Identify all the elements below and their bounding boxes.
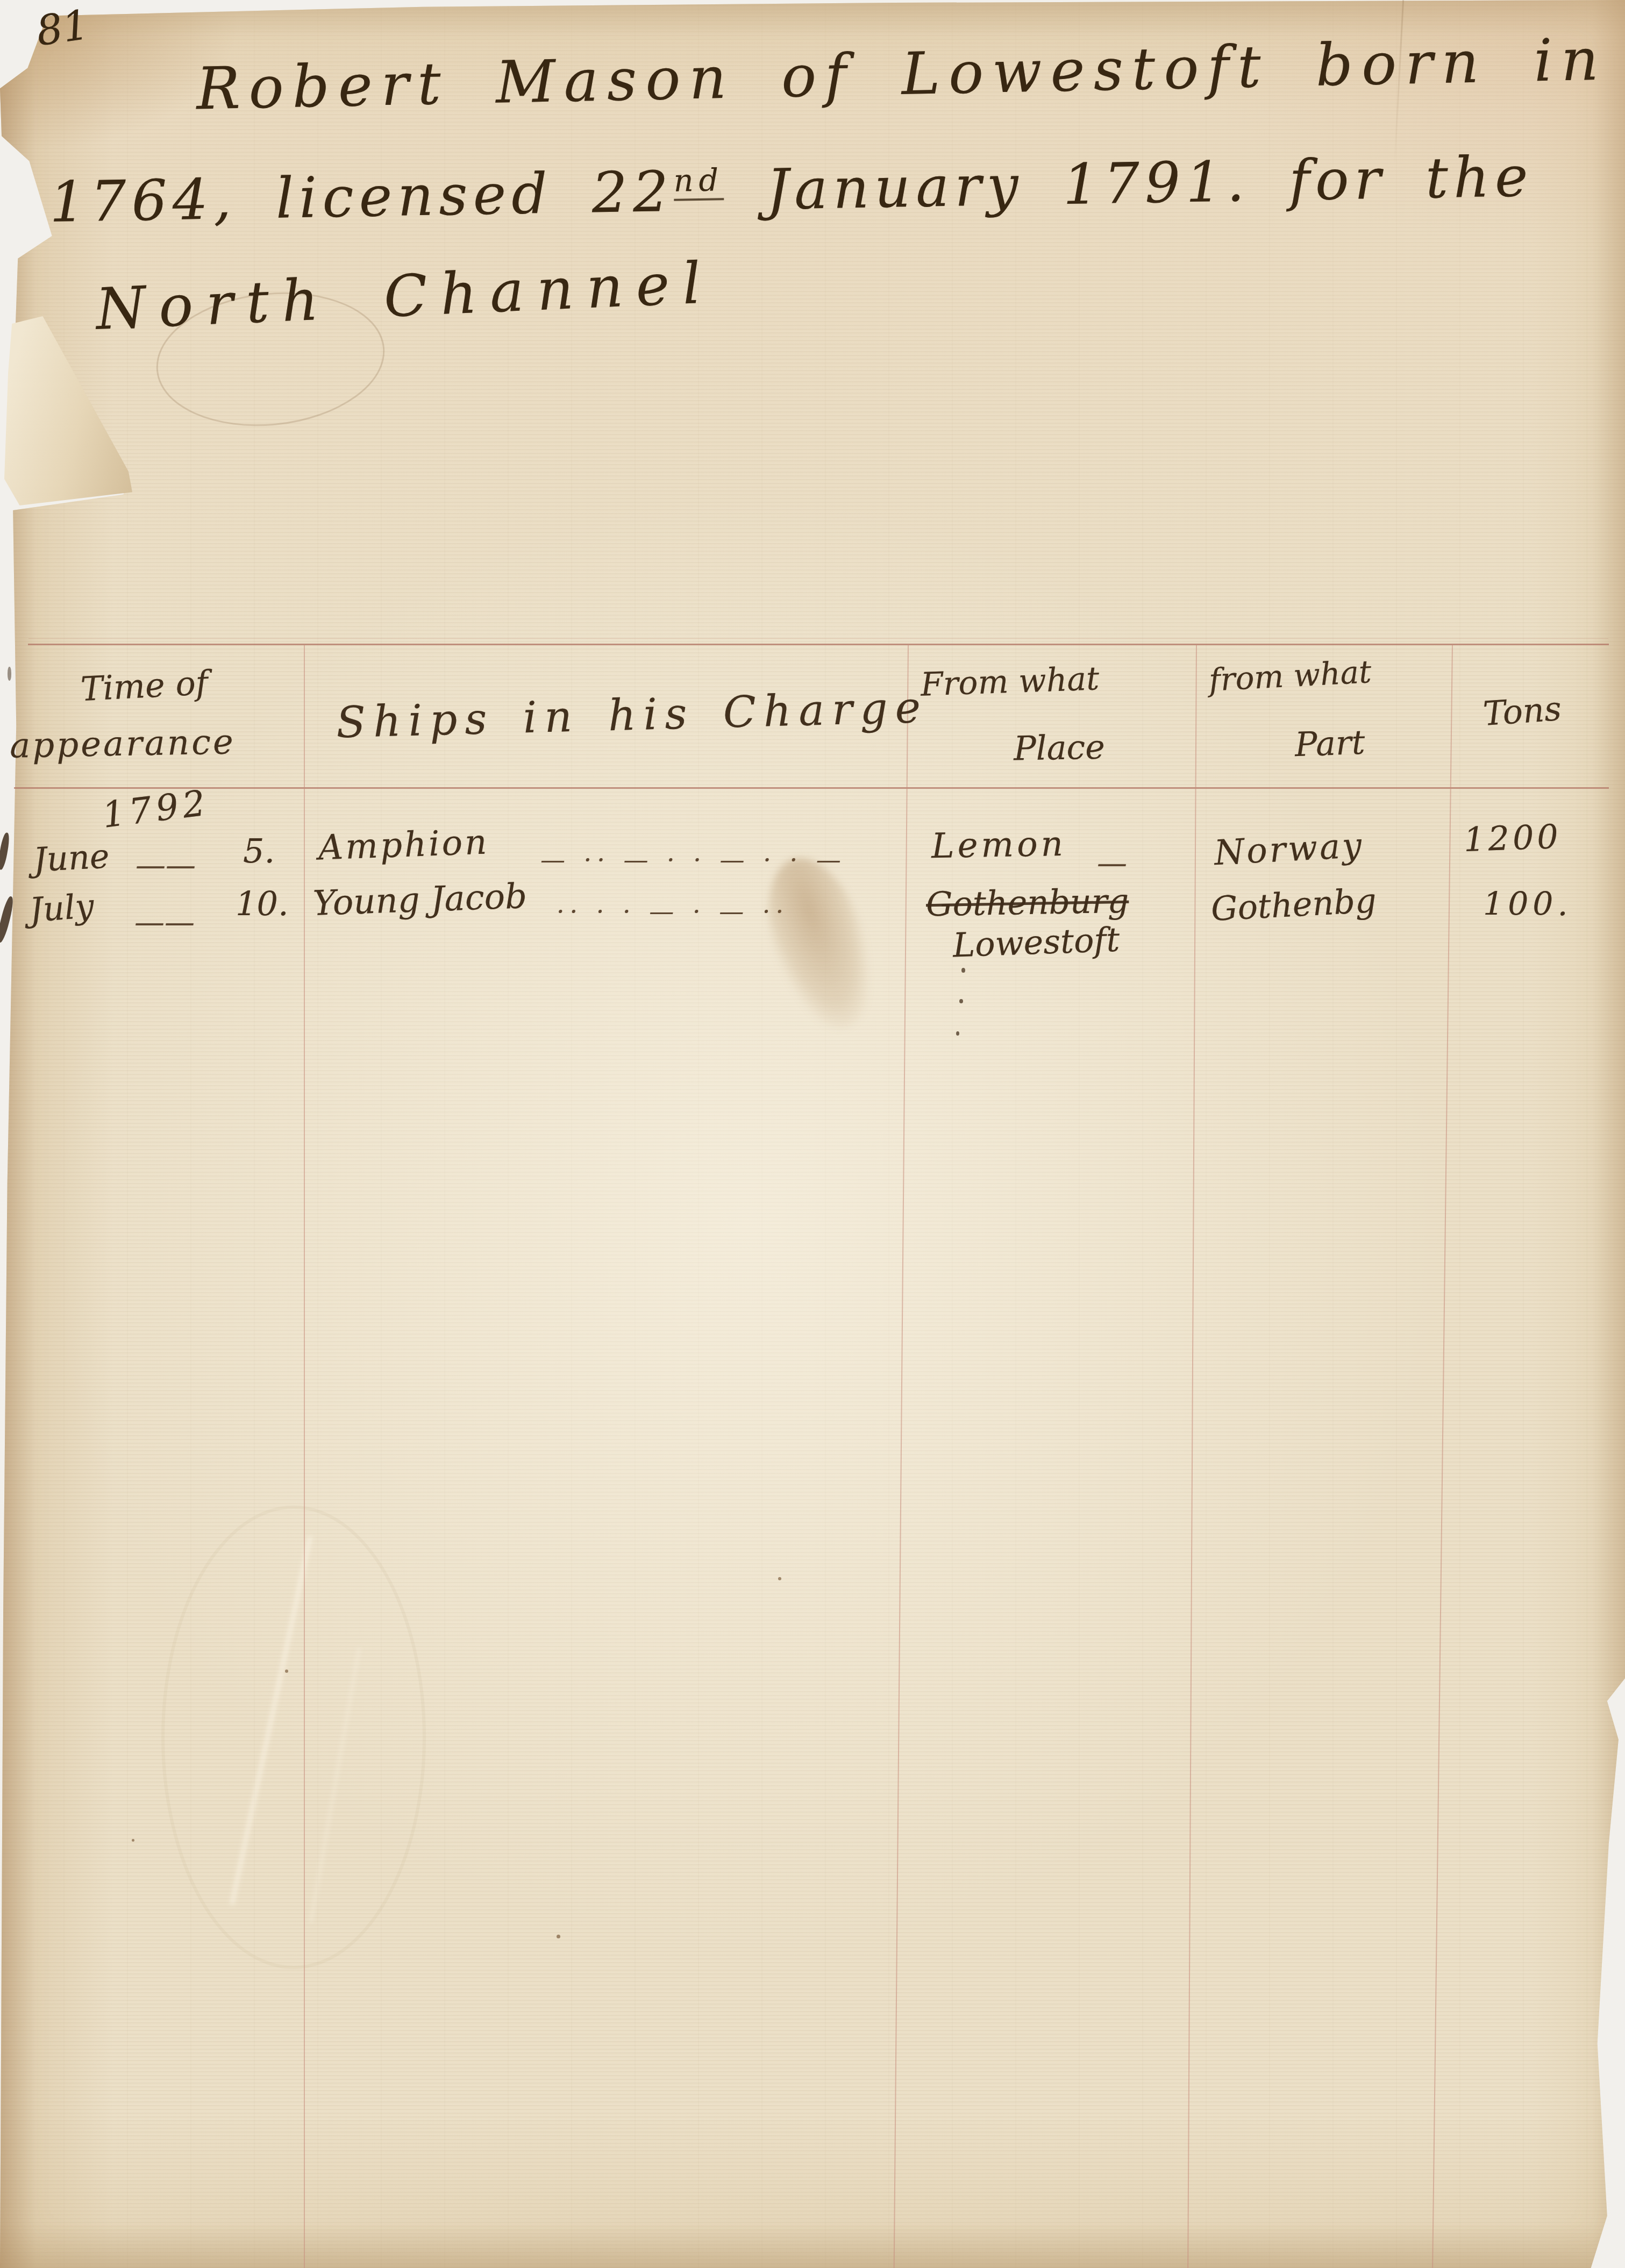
paper-speck-2 [285, 1670, 288, 1673]
header-from-what-part-2: Part [1294, 726, 1366, 762]
table-header-rule [14, 787, 1609, 789]
header-time-of: Time of [80, 666, 209, 706]
header-from-what-place-1: From what [920, 662, 1100, 701]
row2-ship-dashes: ·· · · — · — ·· [557, 899, 789, 924]
page-number: 81 [34, 4, 91, 52]
scanned-ledger-page: 81 Robert Mason of Lowestoft born in 176… [0, 0, 1625, 2268]
row1-ship: Amphion [318, 825, 489, 865]
row1-month-dash: —— [136, 851, 196, 881]
row1-month: June [32, 839, 110, 876]
paper-speck-3 [132, 1839, 134, 1842]
header-from-what-place-2: Place [1013, 731, 1105, 766]
row1-tons: 1200 [1463, 820, 1562, 857]
row2-month: July [28, 889, 95, 927]
row2-day: 10. [236, 887, 289, 921]
row1-part: Norway [1214, 829, 1365, 871]
ink-dot-1 [961, 968, 965, 973]
column-rule-1 [304, 645, 305, 2268]
row2-month-dash: —— [134, 908, 195, 938]
paper-speck-1 [557, 1935, 560, 1938]
row2-place-struck: Gothenburg [925, 885, 1129, 922]
row2-place-correction: Lowestoft [952, 923, 1120, 962]
heading-superscript: nd [673, 163, 724, 202]
watermark-oval [161, 1506, 426, 1969]
row2-part: Gothenbg [1210, 884, 1378, 926]
row2-ship: Young Jacob [312, 879, 528, 921]
header-appearance: appearance [9, 725, 236, 763]
header-from-what-part-1: from what [1208, 656, 1372, 696]
ink-dot-2 [959, 999, 963, 1003]
table-top-rule [28, 644, 1609, 645]
row1-place-dash: — [1097, 848, 1127, 879]
ink-dot-3 [956, 1031, 959, 1036]
ink-blot-left-3 [8, 667, 11, 681]
row2-tons: 100. [1483, 888, 1572, 921]
row1-place: Lemon [931, 827, 1066, 864]
paper-speck-4 [778, 1577, 781, 1580]
ink-blot-left-1 [0, 832, 11, 870]
row1-day: 5. [243, 835, 275, 868]
header-tons: Tons [1482, 692, 1563, 731]
heading-line-2-pre: 1764, licensed 22 [49, 159, 674, 235]
